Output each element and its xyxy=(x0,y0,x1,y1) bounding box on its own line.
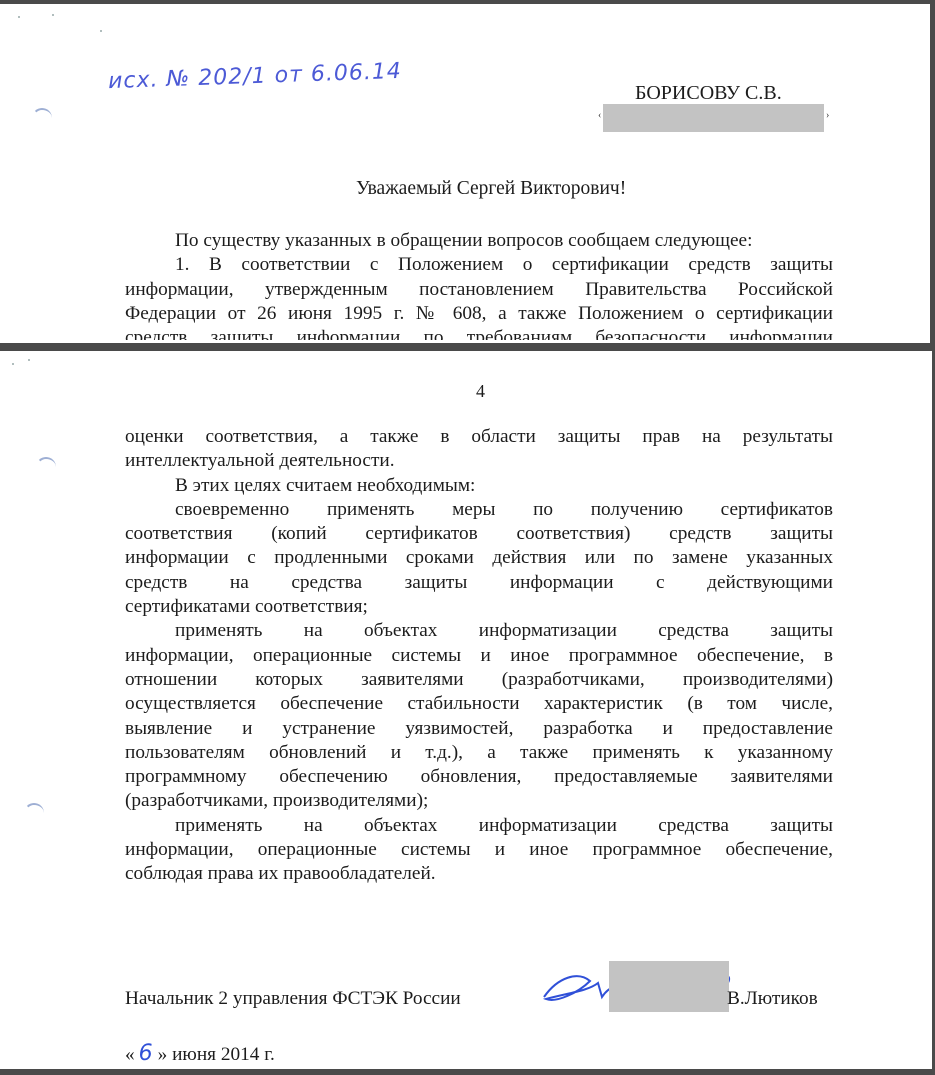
letter-page-4: 4 оценки соответствия, а также в области… xyxy=(0,351,932,1069)
date-open-quote: « xyxy=(125,1044,135,1065)
signatory-name: В.Лютиков xyxy=(727,988,818,1010)
body-text-page-1: По существу указанных в обращении вопрос… xyxy=(125,229,833,340)
scan-speck xyxy=(18,16,20,18)
address-bracket-left: ‹ xyxy=(598,110,601,121)
body-line: В этих целях считаем необходимым: xyxy=(125,474,833,498)
scan-speck xyxy=(100,30,102,32)
punch-hole-mark xyxy=(36,457,56,477)
body-line: интеллектуальной деятельности. xyxy=(125,449,833,473)
intro-line: По существу указанных в обращении вопрос… xyxy=(125,229,833,253)
punch-hole-mark xyxy=(24,803,44,823)
redacted-signature xyxy=(609,961,729,1012)
signatory-position: Начальник 2 управления ФСТЭК России xyxy=(125,988,461,1010)
page-number: 4 xyxy=(476,381,485,402)
letter-page-1: исх. № 202/1 от 6.06.14 БОРИСОВУ С.В. ‹ … xyxy=(0,4,930,343)
body-line: пользователям обновлений и т.д.), а такж… xyxy=(125,741,833,765)
date-day-handwritten: 6 xyxy=(139,1041,154,1066)
body-line: применять на объектах информатизации сре… xyxy=(125,814,833,838)
body-line: применять на объектах информатизации сре… xyxy=(125,619,833,643)
addressee-name: БОРИСОВУ С.В. xyxy=(635,82,782,105)
scan-speck xyxy=(52,14,54,16)
body-line: сертификатами соответствия; xyxy=(125,595,833,619)
letter-date: «6» июня 2014 г. xyxy=(125,1041,275,1066)
body-line-cut: средств защиты информации по требованиям… xyxy=(125,326,833,340)
scan-speck xyxy=(12,363,14,365)
punch-hole-mark xyxy=(32,108,52,128)
body-line: Федерации от 26 июня 1995 г. № 608, а та… xyxy=(125,302,833,326)
body-line: информации с продленными сроками действи… xyxy=(125,546,833,570)
body-line: выявление и устранение уязвимостей, разр… xyxy=(125,717,833,741)
body-line: соблюдая права их правообладателей. xyxy=(125,862,833,886)
body-line: своевременно применять меры по получению… xyxy=(125,498,833,522)
body-line: информации, операционные системы и иное … xyxy=(125,644,833,668)
scan-speck xyxy=(28,359,30,361)
date-rest: » июня 2014 г. xyxy=(158,1044,275,1065)
body-line: 1. В соответствии с Положением о сертифи… xyxy=(125,253,833,277)
body-line: средств на средства защиты информации с … xyxy=(125,571,833,595)
body-line: программному обеспечению обновления, пре… xyxy=(125,765,833,789)
body-line: информации, утвержденным постановлением … xyxy=(125,278,833,302)
body-line: оценки соответствия, а также в области з… xyxy=(125,425,833,449)
redacted-address xyxy=(603,104,824,132)
body-line: осуществляется обеспечение стабильности … xyxy=(125,692,833,716)
handwritten-outgoing-number: исх. № 202/1 от 6.06.14 xyxy=(108,59,403,94)
salutation: Уважаемый Сергей Викторович! xyxy=(356,178,626,200)
body-line: отношении которых заявителями (разработч… xyxy=(125,668,833,692)
body-line: (разработчиками, производителями); xyxy=(125,789,833,813)
address-bracket-right: › xyxy=(826,110,829,121)
body-line: информации, операционные системы и иное … xyxy=(125,838,833,862)
body-text-page-4: оценки соответствия, а также в области з… xyxy=(125,425,833,887)
body-line: соответствия (копий сертификатов соответ… xyxy=(125,522,833,546)
